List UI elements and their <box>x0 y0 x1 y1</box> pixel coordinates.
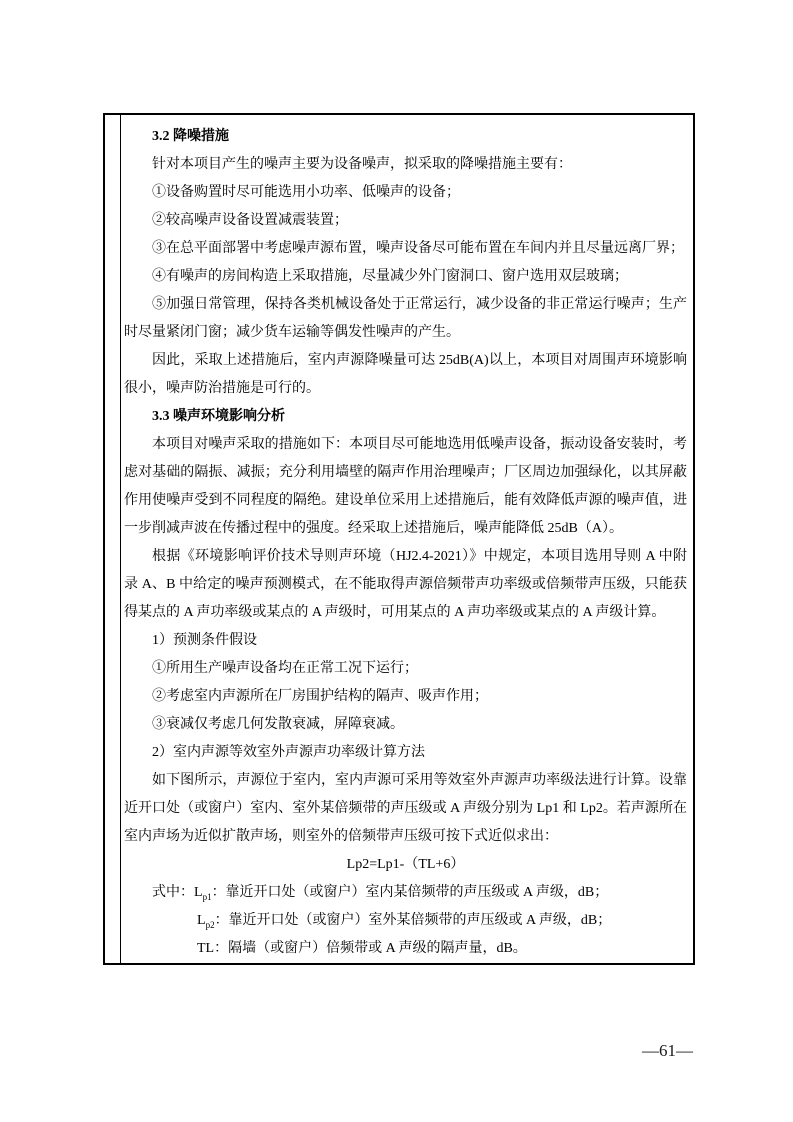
document-border-frame: 3.2 降噪措施 针对本项目产生的噪声主要为设备噪声，拟采取的降噪措施主要有： … <box>103 113 695 965</box>
subsection-2-title: 2）室内声源等效室外声源声功率级计算方法 <box>124 739 687 767</box>
term-definition-lp1: ：靠近开口处（或窗户）室内某倍频带的声压级或 A 声级，dB； <box>212 885 609 900</box>
document-body: 3.2 降噪措施 针对本项目产生的噪声主要为设备噪声，拟采取的降噪措施主要有： … <box>121 115 693 963</box>
term-symbol-lp1: L <box>194 885 203 900</box>
term-subscript-lp1: p1 <box>203 892 212 902</box>
measure-item-4: ④有噪声的房间构造上采取措施，尽量减少外门窗洞口、窗户选用双层玻璃； <box>124 263 687 291</box>
formula-lp2: Lp2=Lp1-（TL+6） <box>124 851 687 879</box>
formula-term-lp2: Lp2：靠近开口处（或窗户）室外某倍频带的声压级或 A 声级，dB； <box>124 907 687 935</box>
term-subscript-lp2: p2 <box>206 920 215 930</box>
subsection-1-title: 1）预测条件假设 <box>124 627 687 655</box>
paragraph-conclusion-3-2: 因此，采取上述措施后，室内声源降噪量可达 25dB(A)以上，本项目对周围声环境… <box>124 347 687 403</box>
paragraph-guideline: 根据《环境影响评价技术导则声环境（HJ2.4-2021）》中规定，本项目选用导则… <box>124 543 687 627</box>
measure-item-1: ①设备购置时尽可能选用小功率、低噪声的设备； <box>124 179 687 207</box>
term-symbol-lp2: L <box>197 913 206 928</box>
term-symbol-tl: TL <box>197 941 214 956</box>
measure-item-5: ⑤加强日常管理，保持各类机械设备处于正常运行，减少设备的非正常运行噪声；生产时尽… <box>124 291 687 347</box>
formula-term-tl: TL：隔墙（或窗户）倍频带或 A 声级的隔声量，dB。 <box>124 935 687 963</box>
paragraph-noise-measures: 本项目对噪声采取的措施如下：本项目尽可能地选用低噪声设备，振动设备安装时，考虑对… <box>124 431 687 543</box>
formula-where-label: 式中： <box>152 885 194 900</box>
left-gutter-column <box>105 115 121 963</box>
term-definition-lp2: ：靠近开口处（或窗户）室外某倍频带的声压级或 A 声级，dB； <box>215 913 612 928</box>
measure-item-3: ③在总平面部署中考虑噪声源布置，噪声设备尽可能布置在车间内并且尽量远离厂界； <box>124 235 687 263</box>
section-heading-3-3: 3.3 噪声环境影响分析 <box>124 403 687 431</box>
formula-term-lp1: 式中：Lp1：靠近开口处（或窗户）室内某倍频带的声压级或 A 声级，dB； <box>124 879 687 907</box>
assumption-item-1: ①所用生产噪声设备均在正常工况下运行； <box>124 655 687 683</box>
assumption-item-2: ②考虑室内声源所在厂房围护结构的隔声、吸声作用； <box>124 683 687 711</box>
paragraph-equivalent-method: 如下图所示，声源位于室内，室内声源可采用等效室外声源声功率级法进行计算。设靠近开… <box>124 767 687 851</box>
paragraph-intro-3-2: 针对本项目产生的噪声主要为设备噪声，拟采取的降噪措施主要有： <box>124 151 687 179</box>
page-number: —61— <box>642 1041 693 1061</box>
measure-item-2: ②较高噪声设备设置减震装置； <box>124 207 687 235</box>
section-heading-3-2: 3.2 降噪措施 <box>124 123 687 151</box>
assumption-item-3: ③衰减仅考虑几何发散衰减，屏障衰减。 <box>124 711 687 739</box>
term-definition-tl: ：隔墙（或窗户）倍频带或 A 声级的隔声量，dB。 <box>214 941 527 956</box>
